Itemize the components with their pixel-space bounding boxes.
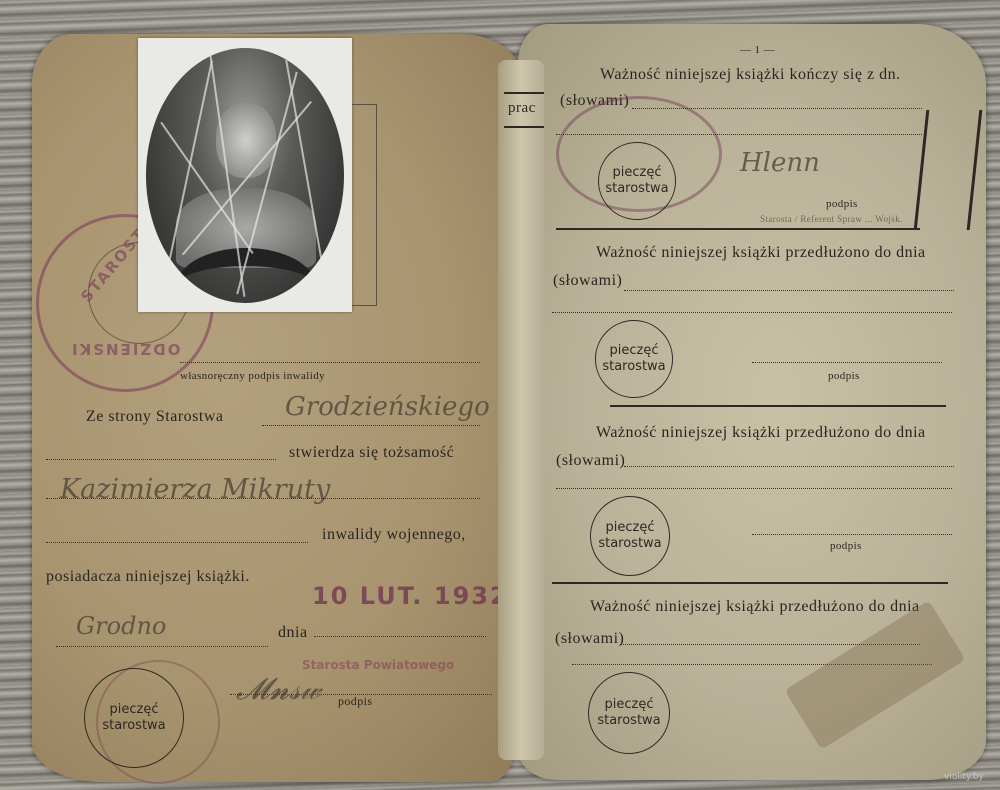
war-invalid-label: inwalidy wojennego, — [322, 526, 466, 544]
block2-seal-1: pieczęć — [610, 343, 659, 359]
office-stamp-text: Starosta Powiatowego — [302, 658, 454, 672]
block3-seal: pieczęć starostwa — [590, 496, 670, 576]
starostwo-label: Ze strony Starostwa — [86, 408, 223, 426]
block2-seal-2: starostwa — [602, 359, 665, 375]
photo-frame — [352, 104, 377, 306]
block4-seal-2: starostwa — [597, 713, 660, 729]
date-label: dnia — [278, 624, 308, 642]
page-edge-fragment — [498, 60, 544, 760]
holder-label: posiadacza niniejszej książki. — [46, 568, 250, 586]
block3-divider — [552, 582, 948, 584]
date-stamp: 10 LUT. 1932 — [312, 582, 509, 610]
block3-seal-2: starostwa — [598, 536, 661, 552]
block4-heading: Ważność niniejszej książki przedłużono d… — [590, 598, 920, 616]
block2-sign-label: podpis — [828, 370, 860, 382]
signature-bottom-label: podpis — [338, 694, 372, 709]
seal-placeholder: pieczęć starostwa — [84, 668, 184, 768]
block1-seal: pieczęć starostwa — [598, 142, 676, 220]
official-signature: 𝓜𝓷𝓈𝓌 — [236, 672, 321, 707]
block3-sign-line — [752, 534, 952, 535]
block3-seal-1: pieczęć — [606, 520, 655, 536]
block2-line1 — [624, 290, 954, 291]
block2-divider — [610, 405, 946, 407]
watermark: violity.by — [944, 772, 984, 782]
line4-dots — [46, 542, 308, 543]
side-fragment-text: prac — [508, 100, 536, 117]
identity-confirm-label: stwierdza się tożsamość — [289, 444, 454, 462]
block1-sign-sub: Starosta / Referent Spraw ... Wojsk. — [760, 214, 903, 224]
block1-seal-1: pieczęć — [613, 165, 662, 181]
name-handwritten: Kazimierza Mikruty — [60, 474, 330, 505]
seal-label-1: pieczęć — [110, 702, 159, 718]
date-field-line — [314, 636, 486, 637]
starostwo-field-line — [262, 425, 480, 426]
block1-divider — [556, 228, 920, 230]
block1-heading: Ważność niniejszej książki kończy się z … — [600, 66, 901, 84]
page-number: — 1 — — [740, 44, 775, 56]
place-field-line — [56, 646, 268, 647]
block2-seal: pieczęć starostwa — [595, 320, 673, 398]
name-field-line — [46, 498, 480, 499]
block3-line1 — [624, 466, 954, 467]
block1-seal-2: starostwa — [605, 181, 668, 197]
block2-words-label: (słowami) — [553, 272, 622, 290]
block1-sign-label: podpis — [826, 198, 858, 210]
block4-words-label: (słowami) — [555, 630, 624, 648]
block4-seal: pieczęć starostwa — [588, 672, 670, 754]
block2-sign-line — [752, 362, 942, 363]
block1-signature: Hlenn — [740, 148, 820, 178]
block2-heading: Ważność niniejszej książki przedłużono d… — [596, 244, 926, 262]
edge-rule — [504, 92, 544, 94]
starostwo-handwritten: Grodzieńskiego — [285, 392, 490, 422]
block3-line2 — [556, 488, 952, 489]
signature-label: własnoręczny podpis inwalidy — [180, 370, 325, 382]
portrait-photo — [138, 38, 352, 312]
block3-words-label: (słowami) — [556, 452, 625, 470]
signature-line — [180, 362, 480, 363]
edge-rule-2 — [504, 126, 544, 128]
seal-label-2: starostwa — [102, 718, 165, 734]
block3-heading: Ważność niniejszej książki przedłużono d… — [596, 424, 926, 442]
photo-oval — [146, 48, 344, 303]
place-handwritten: Grodno — [76, 612, 166, 640]
block4-seal-1: pieczęć — [605, 697, 654, 713]
line2-dots — [46, 459, 276, 460]
stamp-text-bottom: ODZIENSKI — [70, 340, 180, 358]
block3-sign-label: podpis — [830, 540, 862, 552]
block2-line2 — [552, 312, 952, 313]
